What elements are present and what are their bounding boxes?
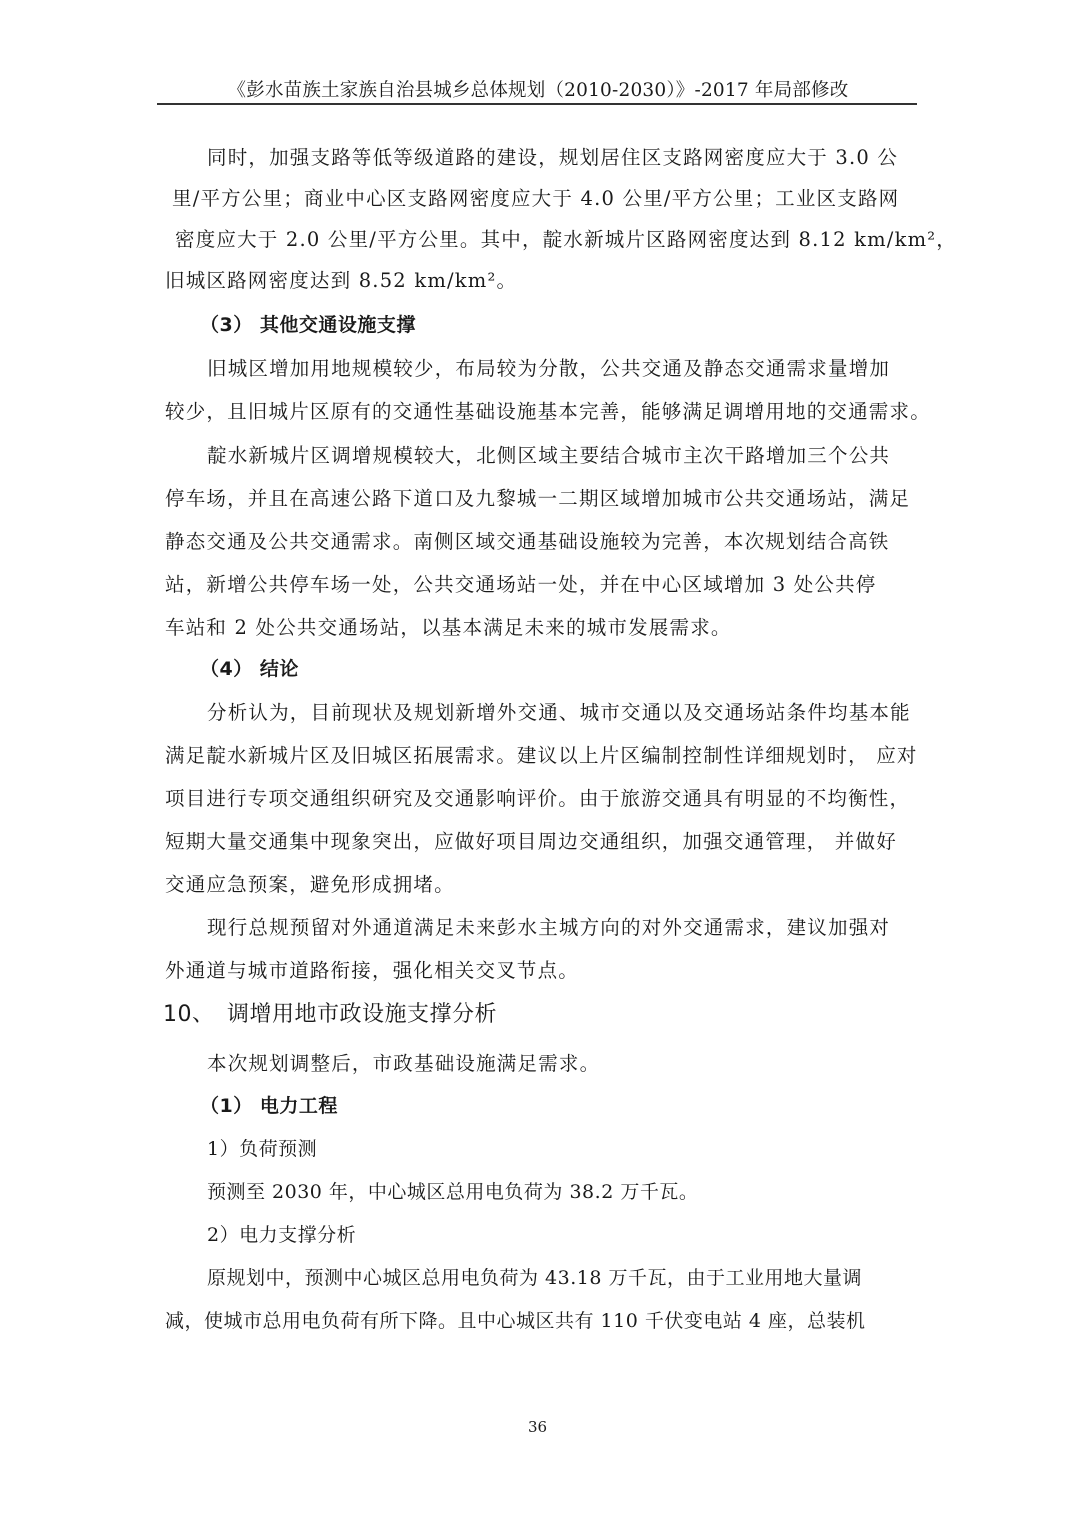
- paragraph-line: 密度应大于 2.0 公里/平方公里。其中，靛水新城片区路网密度达到 8.12 k…: [175, 224, 957, 252]
- page-number: 36: [0, 1418, 1075, 1436]
- list-heading: 1）负荷预测: [207, 1134, 317, 1161]
- section-number: 10、: [163, 997, 227, 1028]
- subheading-other-traffic: （3） 其他交通设施支撑: [200, 310, 416, 337]
- header-divider: [157, 103, 917, 105]
- paragraph-line: 现行总规预留对外通道满足未来彭水主城方向的对外交通需求，建议加强对: [207, 912, 890, 940]
- paragraph-line: 同时，加强支路等低等级道路的建设，规划居住区支路网密度应大于 3.0 公: [207, 142, 898, 170]
- paragraph-line: 满足靛水新城片区及旧城区拓展需求。建议以上片区编制控制性详细规划时， 应对: [165, 740, 918, 768]
- paragraph-line: 站，新增公共停车场一处，公共交通场站一处，并在中心区域增加 3 处公共停: [165, 569, 877, 597]
- section-heading: 10、调增用地市政设施支撑分析: [163, 997, 497, 1028]
- subheading-conclusion: （4） 结论: [200, 654, 299, 681]
- paragraph-line: 里/平方公里；商业中心区支路网密度应大于 4.0 公里/平方公里；工业区支路网: [172, 183, 899, 211]
- list-heading: 2）电力支撑分析: [207, 1220, 356, 1247]
- paragraph-line: 静态交通及公共交通需求。南侧区域交通基础设施较为完善，本次规划结合高铁: [165, 526, 890, 554]
- paragraph-line: 项目进行专项交通组织研究及交通影响评价。由于旅游交通具有明显的不均衡性，: [165, 783, 910, 811]
- running-header: 《彭水苗族土家族自治县城乡总体规划（2010-2030）》-2017 年局部修改: [158, 76, 918, 102]
- subheading-power: （1） 电力工程: [200, 1091, 338, 1118]
- paragraph-line: 旧城区路网密度达到 8.52 km/km²。: [165, 265, 517, 293]
- paragraph-line: 交通应急预案，避免形成拥堵。: [165, 869, 455, 897]
- paragraph-line: 靛水新城片区调增规模较大，北侧区域主要结合城市主次干路增加三个公共: [207, 440, 890, 468]
- paragraph-line: 车站和 2 处公共交通场站，以基本满足未来的城市发展需求。: [165, 612, 732, 640]
- paragraph-line: 较少，且旧城片区原有的交通性基础设施基本完善，能够满足调增用地的交通需求。: [165, 396, 931, 424]
- paragraph-line: 预测至 2030 年，中心城区总用电负荷为 38.2 万千瓦。: [207, 1177, 698, 1204]
- paragraph-line: 本次规划调整后，市政基础设施满足需求。: [207, 1048, 600, 1076]
- paragraph-line: 外通道与城市道路衔接，强化相关交叉节点。: [165, 955, 579, 983]
- paragraph-line: 停车场，并且在高速公路下道口及九黎城一二期区域增加城市公共交通场站，满足: [165, 483, 910, 511]
- paragraph-line: 旧城区增加用地规模较少，布局较为分散，公共交通及静态交通需求量增加: [207, 353, 890, 381]
- paragraph-line: 分析认为，目前现状及规划新增外交通、城市交通以及交通场站条件均基本能: [207, 697, 911, 725]
- paragraph-line: 减，使城市总用电负荷有所下降。且中心城区共有 110 千伏变电站 4 座，总装机: [165, 1306, 866, 1333]
- paragraph-line: 原规划中，预测中心城区总用电负荷为 43.18 万千瓦，由于工业用地大量调: [207, 1263, 862, 1290]
- section-title: 调增用地市政设施支撑分析: [227, 1002, 497, 1027]
- paragraph-line: 短期大量交通集中现象突出，应做好项目周边交通组织，加强交通管理， 并做好: [165, 826, 897, 854]
